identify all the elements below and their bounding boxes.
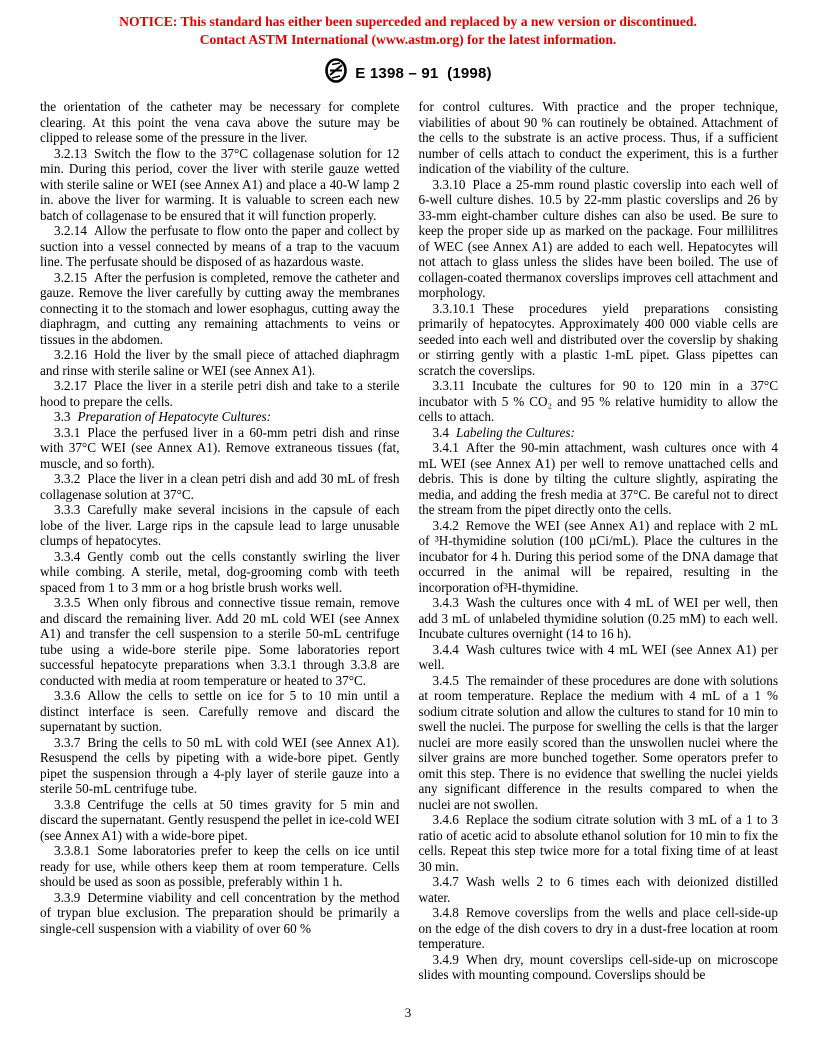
paragraph: 3.4.3Wash the cultures once with 4 mL of… — [419, 595, 779, 642]
paragraph-text: the orientation of the catheter may be n… — [40, 99, 400, 145]
paragraph-number: 3.2.17 — [54, 378, 87, 393]
paragraph-text: Some laboratories prefer to keep the cel… — [40, 843, 400, 889]
paragraph-number: 3.2.16 — [54, 347, 87, 362]
astm-logo-icon — [324, 58, 348, 88]
paragraph: 3.3.2Place the liver in a clean petri di… — [40, 471, 400, 502]
paragraph: 3.3.7Bring the cells to 50 mL with cold … — [40, 735, 400, 797]
paragraph-number: 3.3.8 — [54, 797, 80, 812]
paragraph-text: Wash cultures twice with 4 mL WEI (see A… — [419, 642, 779, 673]
paragraph: the orientation of the catheter may be n… — [40, 99, 400, 146]
paragraph: 3.4.8Remove coverslips from the wells an… — [419, 905, 779, 952]
paragraph-number: 3.3.4 — [54, 549, 80, 564]
paragraph: 3.4.7Wash wells 2 to 6 times each with d… — [419, 874, 779, 905]
paragraph-number: 3.3.10.1 — [433, 301, 476, 316]
paragraph: for control cultures. With practice and … — [419, 99, 779, 177]
paragraph: 3.3.11Incubate the cultures for 90 to 12… — [419, 378, 779, 425]
paragraph: 3.3.4Gently comb out the cells constantl… — [40, 549, 400, 596]
paragraph-number: 3.2.15 — [54, 270, 87, 285]
paragraph-number: 3.4.6 — [433, 812, 459, 827]
paragraph-text: The remainder of these procedures are do… — [419, 673, 779, 812]
body-columns: the orientation of the catheter may be n… — [0, 88, 816, 983]
paragraph-text: Carefully make several incisions in the … — [40, 502, 400, 548]
paragraph: 3.3.10.1These procedures yield preparati… — [419, 301, 779, 379]
paragraph-number: 3.3.9 — [54, 890, 80, 905]
paragraph-number: 3.3.7 — [54, 735, 80, 750]
right-column: for control cultures. With practice and … — [419, 99, 779, 983]
paragraph-number: 3.3.2 — [54, 471, 80, 486]
paragraph-number: 3.3.10 — [433, 177, 466, 192]
paragraph: 3.3.3Carefully make several incisions in… — [40, 502, 400, 549]
paragraph: 3.4.5The remainder of these procedures a… — [419, 673, 779, 813]
paragraph-number: 3.3 — [54, 409, 70, 424]
paragraph: 3.3.8Centrifuge the cells at 50 times gr… — [40, 797, 400, 844]
paragraph-text: Replace the sodium citrate solution with… — [419, 812, 779, 874]
paragraph: 3.3.5When only fibrous and connective ti… — [40, 595, 400, 688]
paragraph-text: Preparation of Hepatocyte Cultures: — [77, 409, 271, 424]
paragraph-text: Place the liver in a sterile petri dish … — [40, 378, 400, 409]
discontinuation-notice: NOTICE: This standard has either been su… — [0, 0, 816, 49]
paragraph-text: After the perfusion is completed, remove… — [40, 270, 400, 347]
paragraph-number: 3.3.11 — [433, 378, 465, 393]
paragraph-text: Determine viability and cell concentrati… — [40, 890, 400, 936]
paragraph-number: 3.4.9 — [433, 952, 459, 967]
paragraph-text: Place the liver in a clean petri dish an… — [40, 471, 400, 502]
paragraph-number: 3.4.3 — [433, 595, 459, 610]
paragraph-text: Allow the perfusate to flow onto the pap… — [40, 223, 400, 269]
paragraph: 3.3.10Place a 25-mm round plastic covers… — [419, 177, 779, 301]
paragraph-number: 3.3.6 — [54, 688, 80, 703]
paragraph: 3.4.6Replace the sodium citrate solution… — [419, 812, 779, 874]
paragraph-text: Wash the cultures once with 4 mL of WEI … — [419, 595, 779, 641]
paragraph-number: 3.3.1 — [54, 425, 80, 440]
paragraph-text: When dry, mount coverslips cell-side-up … — [419, 952, 779, 983]
paragraph: 3.3.8.1Some laboratories prefer to keep … — [40, 843, 400, 890]
paragraph-number: 3.3.3 — [54, 502, 80, 517]
paragraph-number: 3.3.8.1 — [54, 843, 90, 858]
paragraph: 3.2.15After the perfusion is completed, … — [40, 270, 400, 348]
paragraph: 3.2.16Hold the liver by the small piece … — [40, 347, 400, 378]
paragraph-number: 3.4.2 — [433, 518, 459, 533]
paragraph-text: Remove coverslips from the wells and pla… — [419, 905, 779, 951]
paragraph-text: Place a 25-mm round plastic coverslip in… — [419, 177, 779, 301]
paragraph-text: After the 90-min attachment, wash cultur… — [419, 440, 779, 517]
paragraph-text: Switch the flow to the 37°C collagenase … — [40, 146, 400, 223]
paragraph-text: Incubate the cultures for 90 to 120 min … — [419, 378, 779, 424]
paragraph-number: 3.4.1 — [433, 440, 459, 455]
left-column: the orientation of the catheter may be n… — [40, 99, 400, 983]
paragraph-text: When only fibrous and connective tissue … — [40, 595, 400, 688]
paragraph-number: 3.4 — [433, 425, 449, 440]
paragraph-number: 3.4.8 — [433, 905, 459, 920]
paragraph-number: 3.3.5 — [54, 595, 80, 610]
paragraph-text: Hold the liver by the small piece of att… — [40, 347, 400, 378]
paragraph-text: for control cultures. With practice and … — [419, 99, 779, 176]
paragraph: 3.2.13Switch the flow to the 37°C collag… — [40, 146, 400, 224]
paragraph-text: Allow the cells to settle on ice for 5 t… — [40, 688, 400, 734]
paragraph-text: Centrifuge the cells at 50 times gravity… — [40, 797, 400, 843]
standard-header: E 1398 – 91 (1998) — [0, 58, 816, 88]
paragraph-text: Place the perfused liver in a 60-mm petr… — [40, 425, 400, 471]
document-page: NOTICE: This standard has either been su… — [0, 0, 816, 1056]
paragraph: 3.2.14Allow the perfusate to flow onto t… — [40, 223, 400, 270]
paragraph: 3.4.9When dry, mount coverslips cell-sid… — [419, 952, 779, 983]
standard-designation: E 1398 – 91 (1998) — [355, 65, 491, 82]
paragraph-text: Bring the cells to 50 mL with cold WEI (… — [40, 735, 400, 797]
paragraph-number: 3.4.5 — [433, 673, 459, 688]
paragraph-text: Remove the WEI (see Annex A1) and replac… — [419, 518, 779, 595]
paragraph: 3.4Labeling the Cultures: — [419, 425, 779, 441]
paragraph-text: Gently comb out the cells constantly swi… — [40, 549, 400, 595]
paragraph: 3.4.4Wash cultures twice with 4 mL WEI (… — [419, 642, 779, 673]
paragraph: 3.3.6Allow the cells to settle on ice fo… — [40, 688, 400, 735]
paragraph: 3.3.9Determine viability and cell concen… — [40, 890, 400, 937]
paragraph-text: Wash wells 2 to 6 times each with deioni… — [419, 874, 779, 905]
notice-line-2: Contact ASTM International (www.astm.org… — [0, 31, 816, 49]
paragraph: 3.4.1After the 90-min attachment, wash c… — [419, 440, 779, 518]
paragraph-text: Labeling the Cultures: — [456, 425, 575, 440]
paragraph: 3.4.2Remove the WEI (see Annex A1) and r… — [419, 518, 779, 596]
paragraph-number: 3.4.7 — [433, 874, 459, 889]
paragraph-number: 3.2.13 — [54, 146, 87, 161]
notice-line-1: NOTICE: This standard has either been su… — [0, 13, 816, 31]
paragraph-number: 3.2.14 — [54, 223, 87, 238]
page-number: 3 — [0, 1005, 816, 1021]
paragraph: 3.3Preparation of Hepatocyte Cultures: — [40, 409, 400, 425]
paragraph: 3.3.1Place the perfused liver in a 60-mm… — [40, 425, 400, 472]
paragraph: 3.2.17Place the liver in a sterile petri… — [40, 378, 400, 409]
paragraph-number: 3.4.4 — [433, 642, 459, 657]
